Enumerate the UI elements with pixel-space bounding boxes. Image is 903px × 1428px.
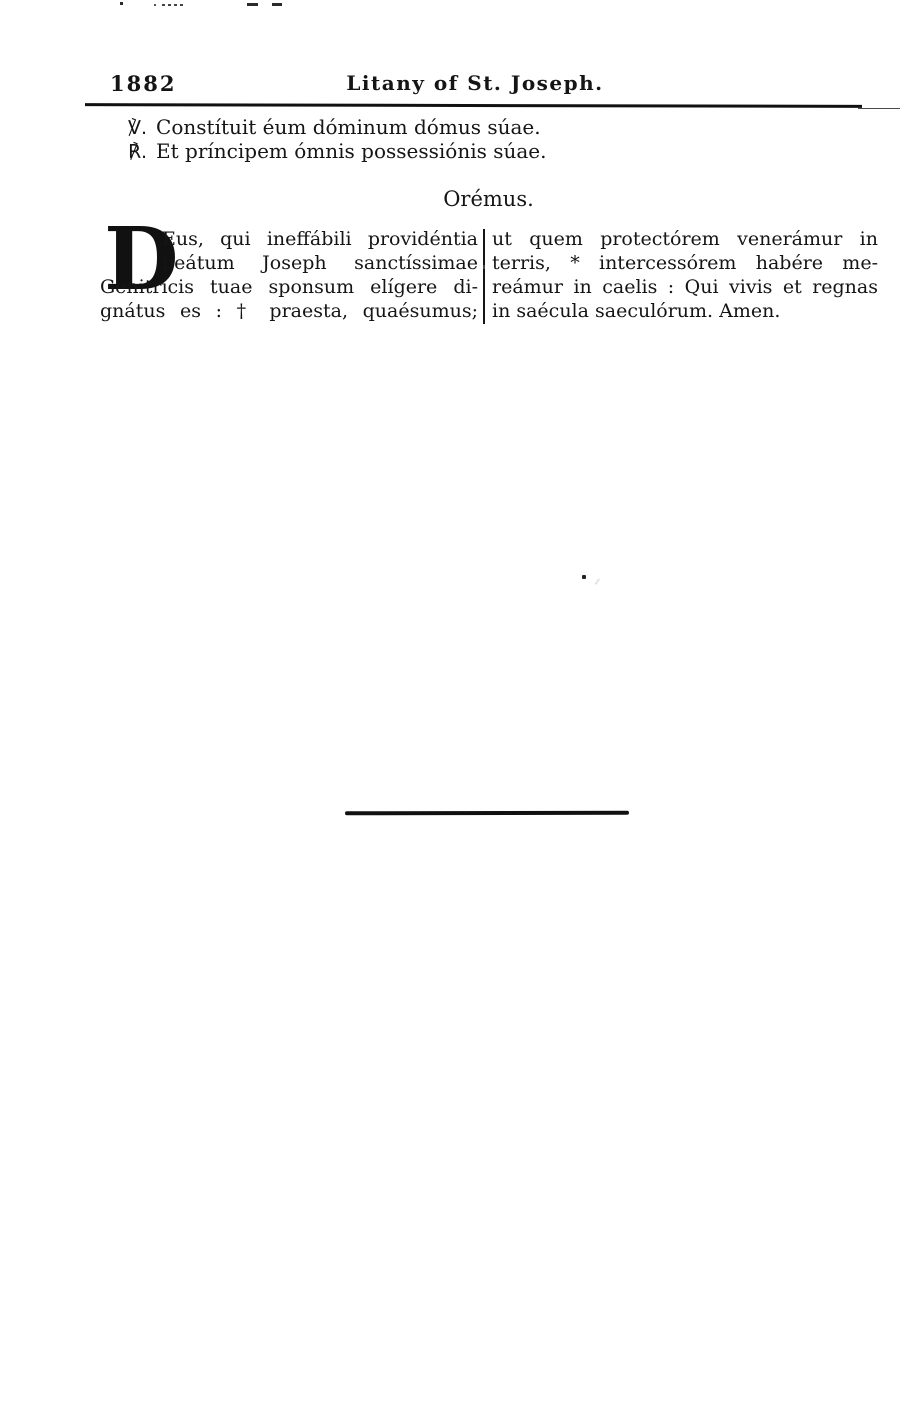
- scanned-book-page: 1882 Litany of St. Joseph. ℣.Constítuit …: [0, 0, 903, 1428]
- versicle-line: ℣.Constítuit éum dóminum dómus súae.: [128, 115, 541, 139]
- scan-artifact-dot: [120, 2, 123, 5]
- scan-artifact-dotted-line: [162, 4, 186, 6]
- response-text: Et príncipem ómnis possessiónis súae.: [156, 139, 546, 163]
- scan-artifact-dash: [272, 3, 282, 6]
- oremus-heading: Orémus.: [100, 187, 877, 211]
- versicle-symbol: ℣.: [128, 117, 147, 139]
- scan-speck-faint: [589, 574, 600, 585]
- prayer-text-line: Genitrícis tuae sponsum elígere di-: [100, 275, 478, 299]
- prayer-text-line: Eus, qui ineffábili providéntia: [100, 227, 478, 251]
- prayer-text-line: ut quem protectórem venerámur in: [492, 227, 878, 251]
- prayer-text-line: reámur in caelis : Qui vivis et regnas: [492, 275, 878, 299]
- response-line: ℟.Et príncipem ómnis possessiónis súae.: [128, 139, 546, 163]
- header-rule-tail: [858, 108, 900, 109]
- column-divider-rule: [483, 229, 485, 324]
- section-end-rule: [345, 811, 629, 816]
- prayer-right-column: ut quem protectórem venerámur in terris,…: [492, 227, 878, 323]
- page-number: 1882: [110, 71, 176, 96]
- prayer-text-line: terris, * intercessórem habére me-: [492, 251, 878, 275]
- response-symbol: ℟.: [128, 141, 147, 163]
- prayer-text-line: in saécula saeculórum. Amen.: [492, 299, 878, 323]
- scan-artifact-dash: [247, 3, 258, 6]
- running-title: Litany of St. Joseph.: [300, 71, 650, 95]
- prayer-left-column: Eus, qui ineffábili providéntia beátum J…: [100, 227, 478, 323]
- prayer-text-line: gnátus es : † praesta, quaésumus;: [100, 299, 478, 323]
- prayer-text-line: beátum Joseph sanctíssimae: [100, 251, 478, 275]
- scan-speck: [582, 575, 586, 579]
- versicle-text: Constítuit éum dóminum dómus súae.: [156, 115, 541, 139]
- scan-artifact-dot: [154, 4, 156, 6]
- header-rule: [85, 103, 862, 108]
